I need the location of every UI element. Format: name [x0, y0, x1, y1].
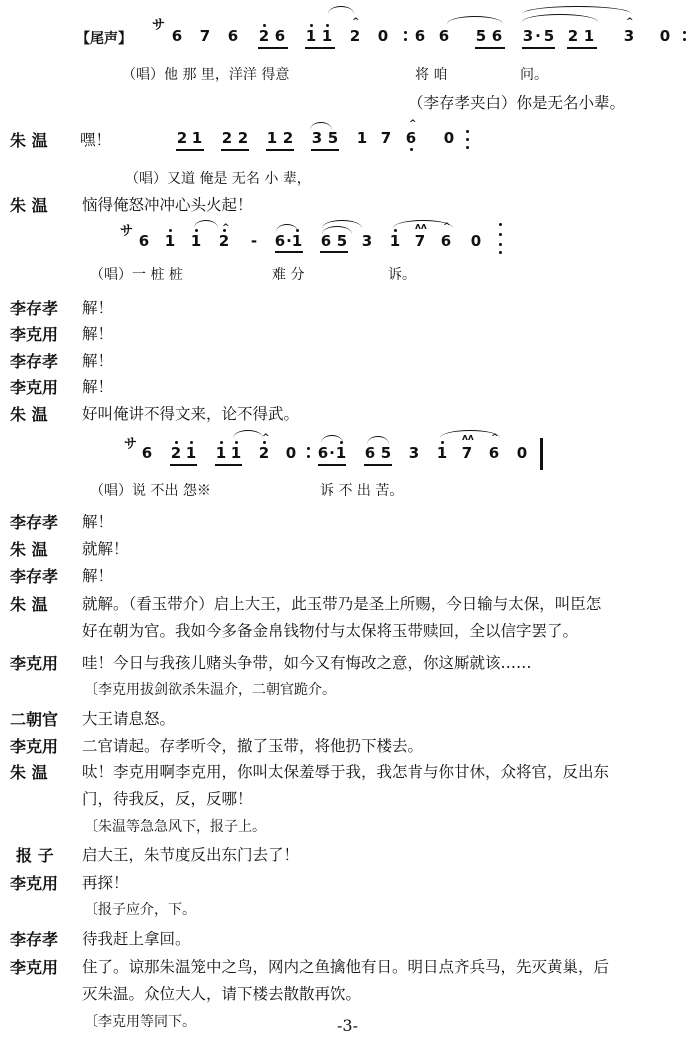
note: 2 — [349, 27, 361, 45]
role-name: 朱 温 — [10, 537, 48, 560]
sung-lyric: 诉 不 出 苦。 — [320, 480, 403, 500]
note: 5 — [543, 27, 555, 45]
note: 0 — [659, 27, 671, 45]
note: 6 — [414, 27, 426, 45]
role-name: 李克用 — [10, 955, 58, 978]
notation-line-3: サ 6 1 1 ^ 2 - 6·1 65 3 1 ʌʌ 7 ^ 6 0 — [0, 220, 700, 270]
role-name: 报 子 — [16, 843, 54, 866]
role-name: 二朝官 — [10, 707, 58, 730]
stage-direction: 〔李克用拔剑欲杀朱温介，二朝官跪介。 — [84, 679, 336, 699]
dialogue-line: 住了。谅那朱温笼中之鸟，网内之鱼擒他有日。明日点齐兵马，先灭黄巢，后 — [82, 955, 609, 977]
role-name: 李存孝 — [10, 349, 58, 372]
dialogue-line: 就解！ — [82, 537, 129, 559]
stage-direction: 〔李克用等同下。 — [84, 1011, 196, 1031]
stage-direction: 〔报子应介，下。 — [84, 899, 196, 919]
dialogue-line: 解！ — [82, 510, 113, 532]
sung-lyric: 问。 — [520, 64, 548, 84]
notation-line-2: 21 22 12 35 1 7 ^ 6 0 — [0, 115, 700, 165]
note: 5 — [475, 27, 487, 45]
dialogue-line-cont: 好在朝为官。我如今多备金帛钱物付与太保将玉带赎回，全以信字罢了。 — [82, 619, 578, 641]
dialogue-line-cont: 灭朱温。众位大人，请下楼去散散再饮。 — [82, 982, 361, 1004]
sung-lyric: （唱）一 桩 桩 — [90, 264, 183, 284]
role-name: 李克用 — [10, 322, 58, 345]
sung-lyric: （唱）说 不出 怨※ — [90, 480, 211, 500]
dialogue-line: 解！ — [82, 375, 113, 397]
note: 6 — [171, 27, 183, 45]
note: 6 — [227, 27, 239, 45]
dialogue-line: 再探！ — [82, 871, 129, 893]
role-name: 李存孝 — [10, 296, 58, 319]
note: 7 — [199, 27, 211, 45]
dialogue-line: 就解。（看玉带介）启上大王，此玉带乃是圣上所赐，今日输与太保，叫臣怎 — [82, 592, 601, 614]
dialogue-line: 解！ — [82, 296, 113, 318]
note: 1 — [305, 27, 317, 45]
role-name: 李克用 — [10, 375, 58, 398]
role-name: 李克用 — [10, 651, 58, 674]
sung-lyric: 诉。 — [388, 264, 416, 284]
role-name: 朱 温 — [10, 592, 48, 615]
dialogue-line: 呔！李克用啊李克用，你叫太保羞辱于我，我怎肯与你甘休，众将官，反出东 — [82, 760, 609, 782]
dialogue-line: 解！ — [82, 349, 113, 371]
note: 1 — [321, 27, 333, 45]
role-name: 李存孝 — [10, 564, 58, 587]
stage-direction: 〔朱温等急急风下，报子上。 — [84, 816, 266, 836]
role-name: 朱 温 — [10, 760, 48, 783]
page-number: -3- — [337, 1016, 358, 1035]
tempo-mark: サ — [152, 14, 165, 33]
sung-lyric: （唱）他 那 里，洋洋 得意 — [122, 64, 289, 84]
notation-line-1: サ 6 7 6 2 6 1 1 ^ 2 0 6 6 5 6 3 · 5 2 1 … — [0, 0, 700, 60]
aside-line: （李存孝夹白）你是无名小辈。 — [408, 91, 625, 113]
dialogue-line: 启大王，朱节度反出东门去了！ — [82, 843, 299, 865]
dialogue-line: 恼得俺怒冲冲心头火起！ — [82, 193, 253, 215]
dialogue-line: 解！ — [82, 564, 113, 586]
role-name: 李克用 — [10, 734, 58, 757]
dialogue-line: 二官请起。存孝听令，撤了玉带，将他扔下楼去。 — [82, 734, 423, 756]
role-name: 朱 温 — [10, 193, 48, 216]
note: 1 — [583, 27, 595, 45]
dialogue-line: 大王请息怒。 — [82, 707, 175, 729]
note: 2 — [258, 27, 270, 45]
role-name: 李克用 — [10, 871, 58, 894]
role-name: 李存孝 — [10, 510, 58, 533]
role-name: 李存孝 — [10, 927, 58, 950]
note: 0 — [377, 27, 389, 45]
note: 3 — [623, 27, 635, 45]
note: 6 — [438, 27, 450, 45]
sung-lyric: （唱）又道 俺是 无名 小 辈， — [125, 168, 311, 188]
sung-lyric: 将 咱 — [415, 64, 447, 84]
sung-lyric: 难 分 — [272, 264, 304, 284]
dialogue-line: 待我赶上拿回。 — [82, 927, 191, 949]
dialogue-line: 哇！今日与我孩儿赌头争带，如今又有悔改之意，你这厮就该…… — [82, 651, 532, 673]
role-name: 朱 温 — [10, 402, 48, 425]
dialogue-line: 好叫俺讲不得文来，论不得武。 — [82, 402, 299, 424]
dialogue-line: 解！ — [82, 322, 113, 344]
dialogue-line-cont: 门，待我反，反，反哪！ — [82, 787, 253, 809]
note: 6 — [491, 27, 503, 45]
note: 6 — [274, 27, 286, 45]
note: 2 — [567, 27, 579, 45]
notation-line-4: サ 6 2 1 1 1 ^ 2 0 6·1 65 3 1 ʌʌ 7 ^ 6 0 — [0, 430, 700, 480]
